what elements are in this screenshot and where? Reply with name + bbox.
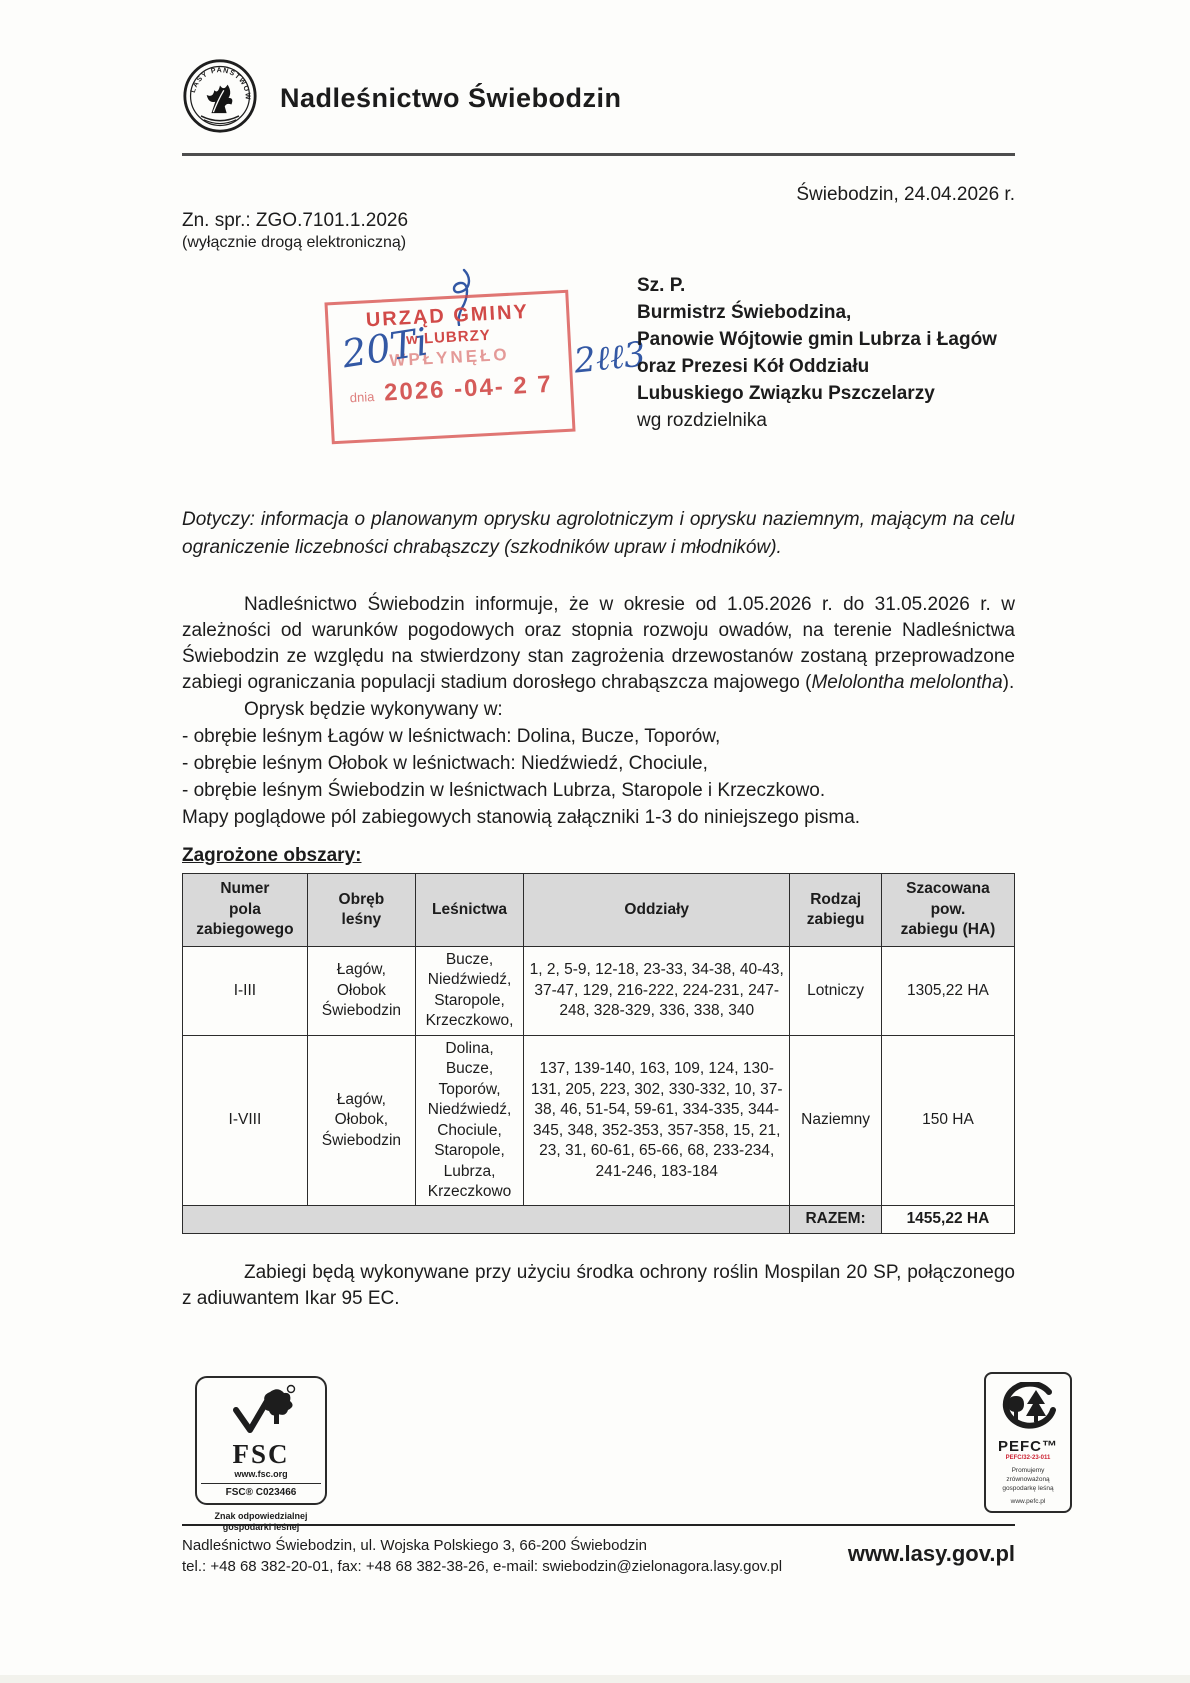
spray-area-item: - obrębie leśnym Łagów w leśnictwach: Do…: [182, 723, 1015, 750]
footer-address: Nadleśnictwo Świebodzin, ul. Wojska Pols…: [182, 1535, 782, 1556]
letterhead: LASY PAŃSTWOWE Nadleśnictwo Świebodzin: [182, 58, 1015, 139]
org-name: Nadleśnictwo Świebodzin: [280, 83, 622, 114]
footer-contacts: tel.: +48 68 382-20-01, fax: +48 68 382-…: [182, 1556, 782, 1577]
cell-forest-district: Łagów, Ołobok, Świebodzin: [307, 1035, 415, 1206]
footer-website: www.lasy.gov.pl: [848, 1541, 1015, 1567]
recipient-line: Panowie Wójtowie gmin Lubrza i Łagów: [637, 326, 997, 353]
lasy-panstwowe-logo-icon: LASY PAŃSTWOWE: [182, 58, 258, 139]
table-total-row: RAZEM: 1455,22 HA: [183, 1206, 1015, 1233]
pefc-logo: PEFC™ PEFC/32-23-011 Promujemy zrównoważ…: [984, 1372, 1072, 1513]
table-row: I-III Łagów, Ołobok Świebodzin Bucze, Ni…: [183, 947, 1015, 1036]
cell-estimated-area: 150 HA: [881, 1035, 1014, 1206]
pefc-code: PEFC/32-23-011: [989, 1455, 1067, 1461]
place-and-date: Świebodzin, 24.04.2026 r.: [182, 184, 1015, 206]
distribution-note: wg rozdzielnika: [637, 407, 997, 434]
cell-compartments: 137, 139-140, 163, 109, 124, 130-131, 20…: [524, 1035, 790, 1206]
header-divider: [182, 153, 1015, 156]
cell-compartments: 1, 2, 5-9, 12-18, 23-33, 34-38, 40-43, 3…: [524, 947, 790, 1036]
cell-forest-district: Łagów, Ołobok Świebodzin: [307, 947, 415, 1036]
body-paragraph-1-end: ).: [1003, 672, 1015, 693]
fsc-tree-check-icon: [224, 1423, 298, 1440]
cell-treatment-type: Lotniczy: [790, 947, 882, 1036]
recipient-block: Sz. P. Burmistrz Świebodzina, Panowie Wó…: [637, 272, 997, 434]
pefc-caption: Promujemy zrównoważoną gospodarkę leśną: [989, 1467, 1067, 1493]
cell-forestries: Dolina, Bucze, Toporów, Niedźwiedź, Choc…: [415, 1035, 523, 1206]
certification-logos: FSC www.fsc.org FSC® C023466 Znak odpowi…: [182, 1372, 1072, 1522]
table-header-row: Numer pola zabiegowego Obręb leśny Leśni…: [183, 874, 1015, 947]
table-title: Zagrożone obszary:: [182, 845, 1015, 867]
fsc-acronym: FSC: [201, 1441, 321, 1468]
maps-note-line: Mapy poglądowe pól zabiegowych stanowią …: [182, 804, 1015, 831]
table-row: I-VIII Łagów, Ołobok, Świebodzin Dolina,…: [183, 1035, 1015, 1206]
cell-estimated-area: 1305,22 HA: [881, 947, 1014, 1036]
scanned-letter-page: LASY PAŃSTWOWE Nadleśnictwo Świebodzin Ś…: [0, 0, 1190, 1683]
col-header-estimated-area: Szacowana pow. zabiegu (HA): [881, 874, 1014, 947]
fsc-logo: FSC www.fsc.org FSC® C023466 Znak odpowi…: [195, 1376, 327, 1534]
cell-field-number: I-VIII: [183, 1035, 308, 1206]
case-reference: Zn. spr.: ZGO.7101.1.2026: [182, 210, 1015, 232]
pefc-url: www.pefc.pl: [989, 1498, 1067, 1505]
pefc-acronym: PEFC™: [989, 1439, 1067, 1454]
recipient-line: Lubuskiego Związku Pszczelarzy: [637, 380, 997, 407]
col-header-forestries: Leśnictwa: [415, 874, 523, 947]
total-label: RAZEM:: [790, 1206, 882, 1233]
recipient-line: oraz Prezesi Kół Oddziału: [637, 353, 997, 380]
col-header-field-number: Numer pola zabiegowego: [183, 874, 308, 947]
col-header-treatment-type: Rodzaj zabiegu: [790, 874, 882, 947]
scan-edge-artifact: [0, 1675, 1190, 1683]
col-header-compartments: Oddziały: [524, 874, 790, 947]
cell-forestries: Bucze, Niedźwiedź, Staropole, Krzeczkowo…: [415, 947, 523, 1036]
total-value: 1455,22 HA: [881, 1206, 1014, 1233]
body-paragraph-1: Nadleśnictwo Świebodzin informuje, że w …: [182, 592, 1015, 696]
page-footer: Nadleśnictwo Świebodzin, ul. Wojska Pols…: [182, 1524, 1015, 1577]
spray-area-item: - obrębie leśnym Świebodzin w leśnictwac…: [182, 777, 1015, 804]
total-row-filler: [183, 1206, 790, 1233]
delivery-note: (wyłącznie drogą elektroniczną): [182, 234, 1015, 252]
subject-paragraph: Dotyczy: informacja o planowanym oprysku…: [182, 506, 1015, 562]
fsc-code: FSC® C023466: [201, 1483, 321, 1498]
address-row: URZĄD GMINY w LUBRZY WPŁYNĘŁO dnia 2026 …: [182, 268, 1015, 480]
spray-area-item: - obrębie leśnym Ołobok w leśnictwach: N…: [182, 750, 1015, 777]
col-header-forest-district: Obręb leśny: [307, 874, 415, 947]
fsc-url: www.fsc.org: [201, 1469, 321, 1479]
pefc-trees-icon: [999, 1419, 1057, 1436]
stamp-date: 2026 -04- 2 7: [383, 371, 553, 408]
recipient-line: Burmistrz Świebodzina,: [637, 299, 997, 326]
cell-treatment-type: Naziemny: [790, 1035, 882, 1206]
endangered-areas-table: Numer pola zabiegowego Obręb leśny Leśni…: [182, 873, 1015, 1234]
species-latin-name: Melolontha melolontha: [811, 672, 1002, 693]
stamp-date-label: dnia: [349, 389, 374, 405]
recipient-line: Sz. P.: [637, 272, 997, 299]
cell-field-number: I-III: [183, 947, 308, 1036]
closing-paragraph: Zabiegi będą wykonywane przy użyciu środ…: [182, 1260, 1015, 1312]
spray-intro-line: Oprysk będzie wykonywany w:: [182, 696, 1015, 723]
